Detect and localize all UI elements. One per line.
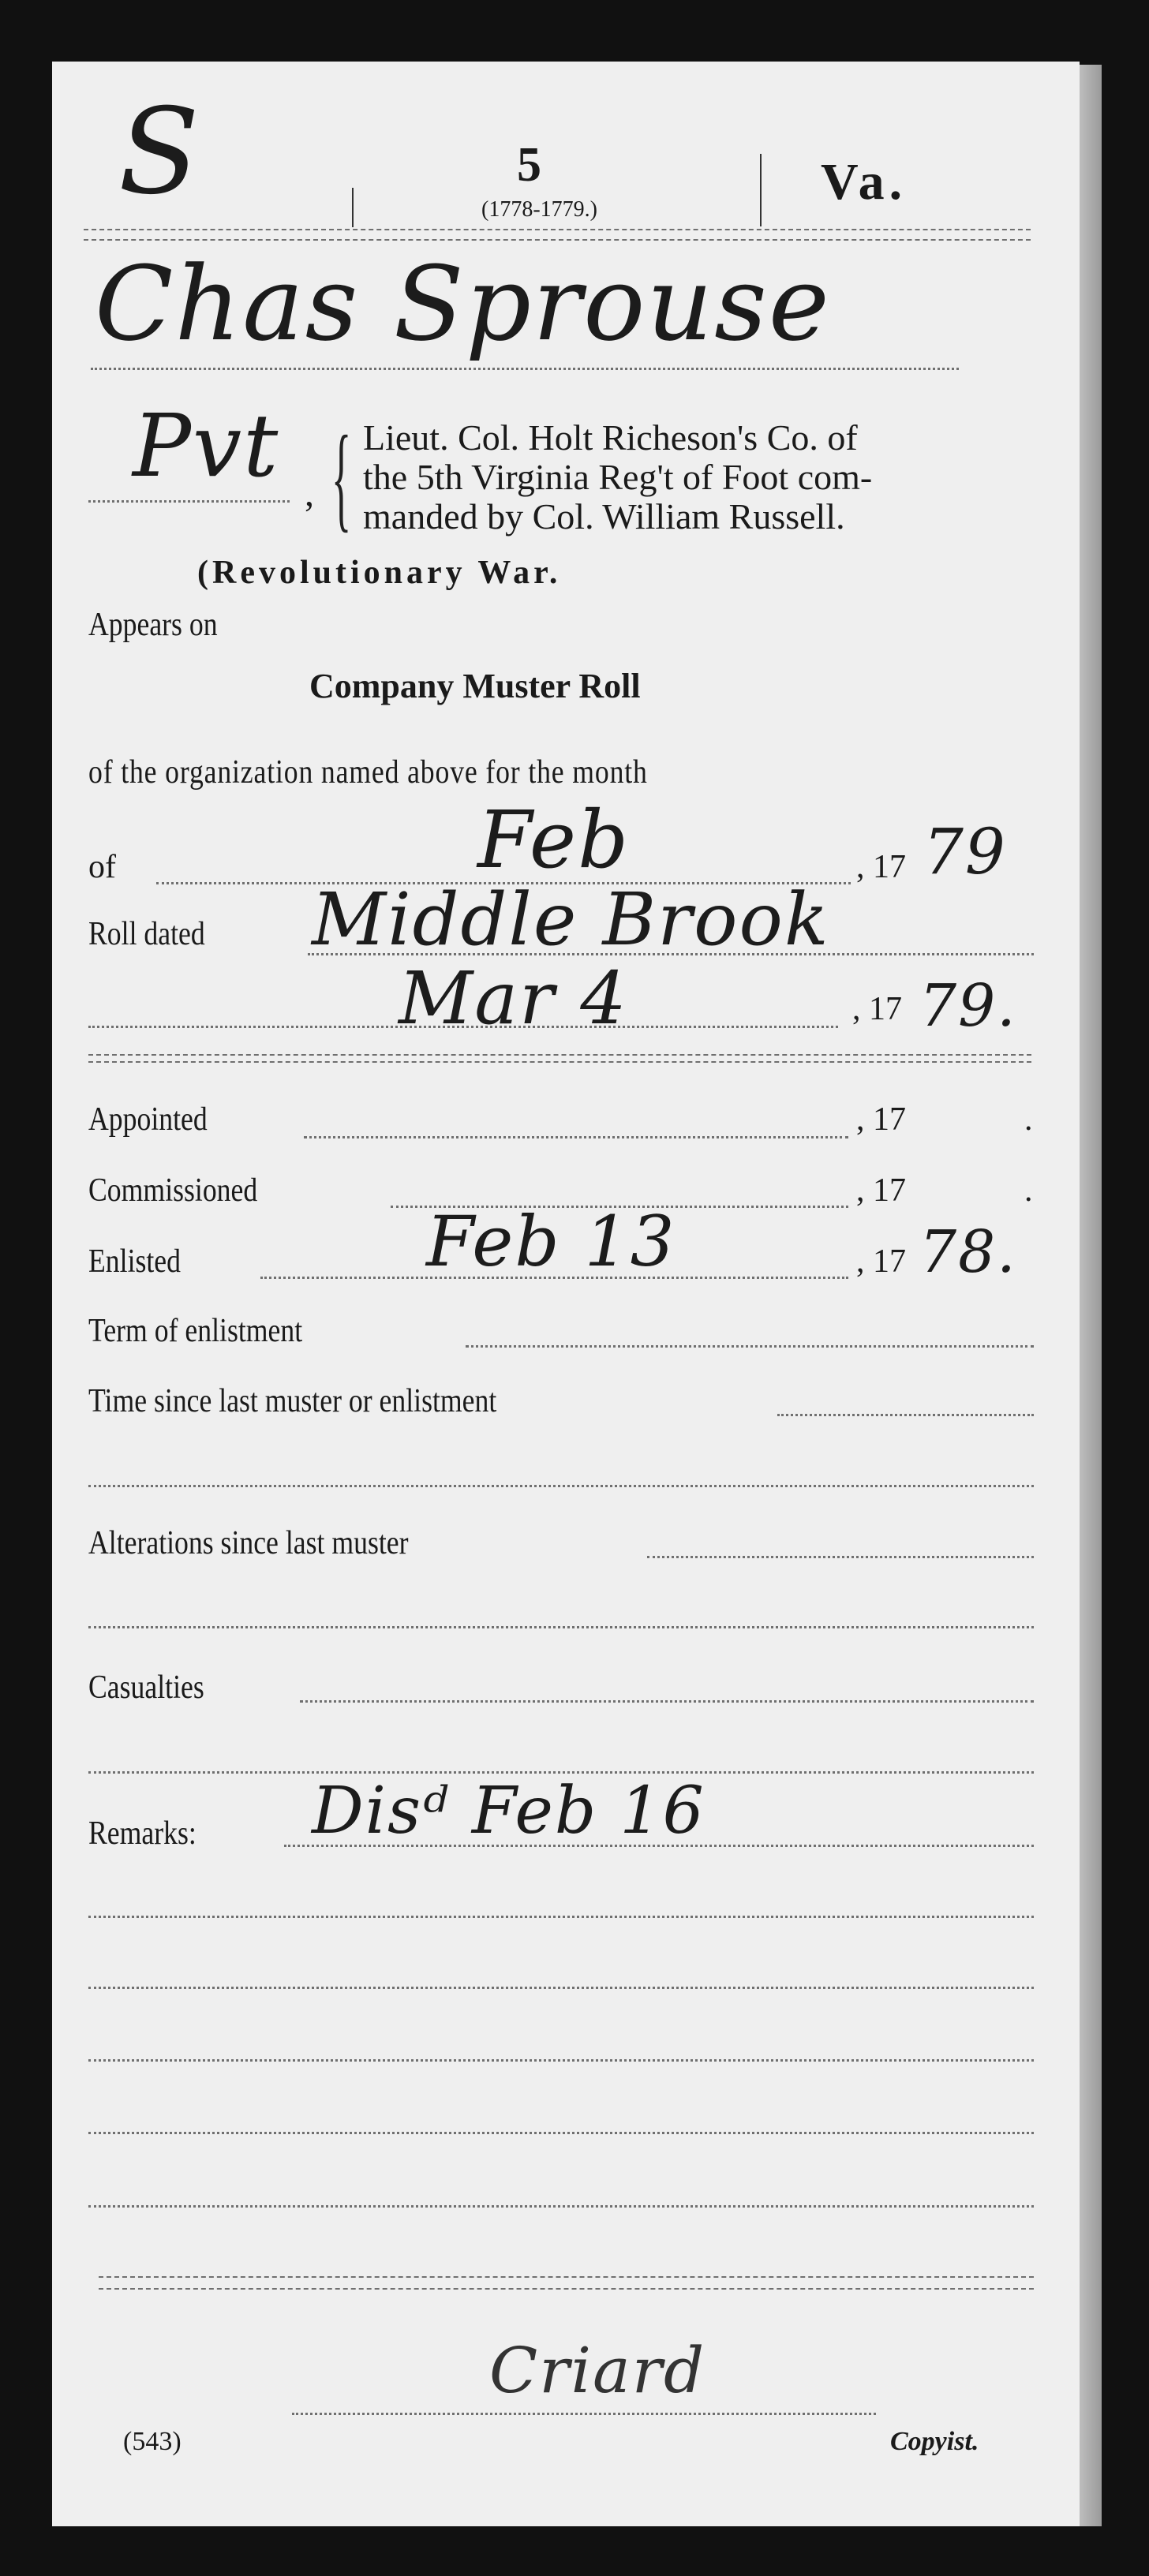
remarks-value: Disᵈ Feb 16	[312, 1779, 705, 1844]
remarks-line-6	[88, 2205, 1034, 2208]
unit-brace: {	[331, 418, 351, 537]
remarks-line-4	[88, 2059, 1034, 2062]
roll-dated-place: Middle Brook	[312, 884, 830, 956]
remarks-line	[284, 1845, 1034, 1847]
alterations-label: Alterations since last muster	[88, 1524, 465, 1562]
organization-line: of the organization named above for the …	[88, 753, 747, 791]
signature-line	[292, 2413, 876, 2415]
regiment-number: 5	[517, 140, 541, 189]
appointed-year: , 17	[856, 1101, 906, 1138]
regiment-years: (1778-1779.)	[481, 199, 597, 221]
section-rule-1	[88, 1054, 1031, 1056]
month-label: of	[88, 848, 116, 886]
term-line	[466, 1345, 1034, 1348]
header-initial: S	[118, 93, 201, 211]
month-year-prefix: , 17	[856, 848, 906, 886]
section-rule-2	[88, 1061, 1031, 1063]
time-since-line	[777, 1414, 1034, 1416]
remarks-line-3	[88, 1987, 1034, 1989]
paper-edge	[1080, 65, 1102, 2526]
roll-dated-year-prefix: , 17	[852, 990, 902, 1028]
appointed-line	[304, 1136, 848, 1138]
roll-dated-date: Mar 4	[399, 963, 628, 1035]
month-value: Feb	[477, 801, 630, 880]
soldier-rank: Pvt	[133, 402, 279, 489]
commissioned-label: Commissioned	[88, 1172, 287, 1209]
commissioned-year: , 17	[856, 1172, 906, 1209]
footer-rule-1	[99, 2276, 1034, 2278]
appointed-dot: .	[1024, 1101, 1033, 1138]
commissioned-dot: .	[1024, 1172, 1033, 1209]
unit-line-3: manded by Col. William Russell.	[363, 497, 872, 537]
enlisted-year-prefix: , 17	[856, 1243, 906, 1281]
casualties-line	[300, 1700, 1034, 1703]
appointed-label: Appointed	[88, 1101, 228, 1138]
remarks-line-2	[88, 1916, 1034, 1918]
soldier-name: Chas Sprouse	[95, 252, 831, 355]
unit-line-2: the 5th Virginia Reg't of Foot com-	[363, 458, 872, 497]
rank-comma: ,	[305, 472, 314, 515]
footer-rule-2	[99, 2288, 1034, 2290]
roll-type: Company Muster Roll	[309, 669, 641, 704]
rank-line	[88, 500, 290, 503]
name-line	[91, 368, 959, 370]
remarks-label: Remarks:	[88, 1815, 215, 1853]
war-title: (Revolutionary War.	[197, 556, 561, 589]
enlisted-value: Feb 13	[426, 1207, 676, 1277]
enlisted-year-suffix: 78.	[919, 1223, 1017, 1281]
appears-on-label: Appears on	[88, 606, 240, 644]
roll-dated-year-suffix: 79.	[919, 977, 1017, 1035]
alterations-line-2	[88, 1626, 1034, 1628]
header-divider-right	[760, 154, 762, 226]
roll-dated-label: Roll dated	[88, 915, 226, 953]
time-since-label: Time since last muster or enlistment	[88, 1382, 569, 1420]
header-divider-left	[352, 188, 354, 227]
copyist-signature: Criard	[489, 2339, 705, 2402]
copyist-label: Copyist.	[890, 2428, 979, 2455]
unit-line-1: Lieut. Col. Holt Richeson's Co. of	[363, 418, 872, 458]
enlisted-label: Enlisted	[88, 1243, 197, 1281]
month-year-suffix: 79	[923, 821, 1007, 884]
state-abbrev: Va.	[821, 156, 907, 208]
alterations-line	[647, 1556, 1034, 1558]
remarks-line-5	[88, 2132, 1034, 2134]
casualties-label: Casualties	[88, 1669, 225, 1707]
unit-description: Lieut. Col. Holt Richeson's Co. of the 5…	[363, 418, 872, 537]
header-rule-1	[84, 229, 1031, 230]
header-rule-2	[84, 239, 1031, 241]
term-label: Term of enlistment	[88, 1312, 340, 1350]
form-number: (543)	[123, 2428, 182, 2455]
time-since-line-2	[88, 1485, 1034, 1487]
